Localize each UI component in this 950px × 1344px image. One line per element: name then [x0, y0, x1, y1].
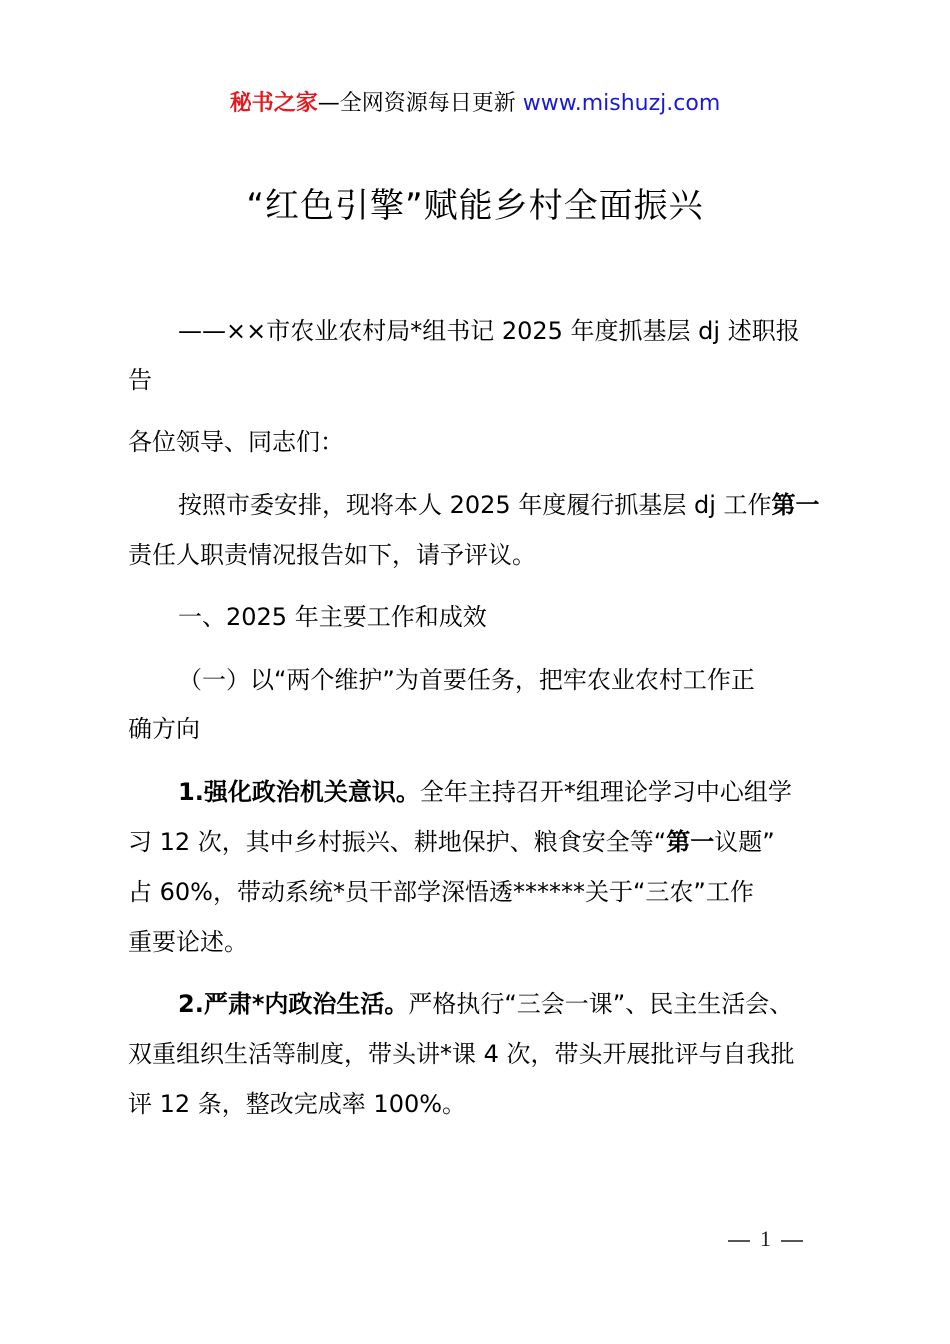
intro-bold-text: 第一 — [772, 491, 820, 519]
page-number-footer: 1 — [718, 1224, 813, 1254]
item2-lead: 2.严肃*内政治生活。 — [178, 990, 408, 1018]
item2-line-1: 2.严肃*内政治生活。严格执行“三会一课”、民主生活会、 — [178, 986, 793, 1022]
section-heading: 一、2025 年主要工作和成效 — [178, 599, 487, 635]
item1-lead: 1.强化政治机关意识。 — [178, 778, 420, 806]
dash-right — [781, 1240, 803, 1242]
banner-slogan: —全网资源每日更新 — [318, 91, 523, 116]
dash-left — [728, 1240, 750, 1242]
item2-line-2: 双重组织生活等制度，带头讲*课 4 次，带头开展批评与自我批 — [128, 1036, 795, 1072]
header-banner: 秘书之家—全网资源每日更新 www.mishuzj.com — [0, 88, 950, 120]
intro-text: 按照市委安排，现将本人 2025 年度履行抓基层 dj 工作 — [178, 491, 772, 519]
subsection-heading-line-2: 确方向 — [128, 711, 200, 747]
salutation: 各位领导、同志们： — [128, 424, 344, 460]
item2-text: 严格执行“三会一课”、民主生活会、 — [408, 990, 793, 1018]
item1-line-1: 1.强化政治机关意识。全年主持召开*组理论学习中心组学 — [178, 774, 792, 810]
item1-text: 习 12 次，其中乡村振兴、耕地保护、粮食安全等“ — [128, 828, 666, 856]
page-number: 1 — [760, 1226, 771, 1251]
brand-name: 秘书之家 — [230, 91, 318, 116]
subtitle-line-2: 告 — [128, 362, 152, 398]
item1-line-4: 重要论述。 — [128, 924, 248, 960]
document-title: “红色引擎”赋能乡村全面振兴 — [0, 178, 950, 234]
item1-line-2: 习 12 次，其中乡村振兴、耕地保护、粮食安全等“第一议题” — [128, 824, 775, 860]
website-link[interactable]: www.mishuzj.com — [523, 91, 720, 116]
item1-text: 全年主持召开*组理论学习中心组学 — [420, 778, 792, 806]
intro-line-2: 责任人职责情况报告如下，请予评议。 — [128, 537, 536, 573]
item1-bold-text: 第一 — [666, 828, 714, 856]
item1-text: 议题” — [714, 828, 774, 856]
document-page: 秘书之家—全网资源每日更新 www.mishuzj.com “红色引擎”赋能乡村… — [0, 0, 950, 1344]
subsection-heading-line-1: （一）以“两个维护”为首要任务，把牢农业农村工作正 — [178, 662, 755, 698]
subtitle-line-1: ——××市农业农村局*组书记 2025 年度抓基层 dj 述职报 — [178, 313, 800, 349]
item2-line-3: 评 12 条，整改完成率 100%。 — [128, 1086, 466, 1122]
intro-line-1: 按照市委安排，现将本人 2025 年度履行抓基层 dj 工作第一 — [178, 487, 820, 523]
item1-line-3: 占 60%，带动系统*员干部学深悟透******关于“三农”工作 — [128, 874, 754, 910]
